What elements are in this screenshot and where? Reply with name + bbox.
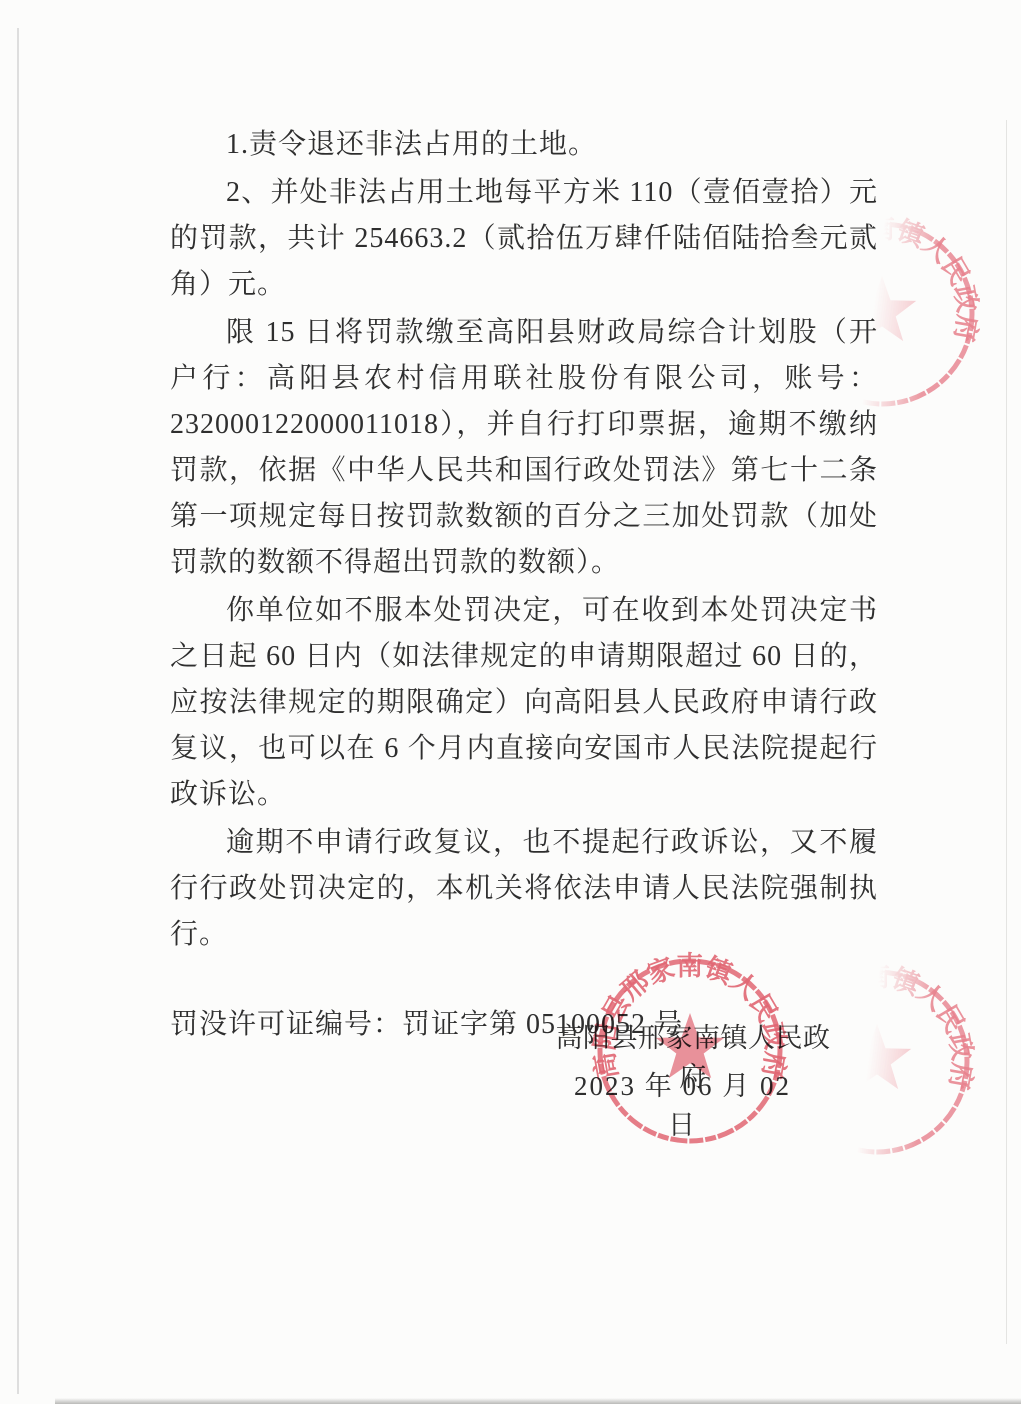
- paragraph-payment-instructions: 限 15 日将罚款缴至高阳县财政局综合计划股（开户行：高阳县农村信用联社股份有限…: [170, 310, 878, 586]
- scanned-document-page: 1.责令退还非法占用的土地。 2、并处非法占用土地每平方米 110（壹佰壹拾）元…: [0, 0, 1021, 1404]
- paragraph-order-item-2: 2、并处非法占用土地每平方米 110（壹佰壹拾）元的罚款，共计 254663.2…: [170, 170, 878, 308]
- scan-edge-bottom: [55, 1398, 1021, 1404]
- document-body: 1.责令退还非法占用的土地。 2、并处非法占用土地每平方米 110（壹佰壹拾）元…: [170, 122, 878, 1050]
- scan-edge-right: [1006, 120, 1007, 1344]
- signature-date: 2023 年 06 月 02 日: [560, 1064, 805, 1142]
- scan-edge-left: [17, 28, 19, 1394]
- paragraph-appeal-rights: 你单位如不服本处罚决定，可在收到本处罚决定书之日起 60 日内（如法律规定的申请…: [170, 588, 878, 818]
- paragraph-enforcement: 逾期不申请行政复议，也不提起行政诉讼，又不履行行政处罚决定的，本机关将依法申请人…: [170, 820, 878, 958]
- paragraph-order-item-1: 1.责令退还非法占用的土地。: [170, 122, 878, 168]
